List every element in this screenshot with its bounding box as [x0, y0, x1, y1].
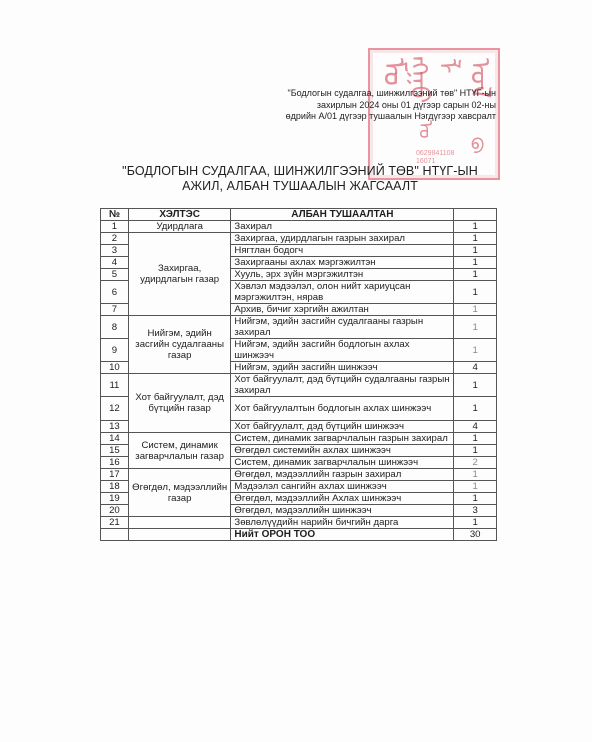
department-cell: Нийгэм, эдийн засгийн судалгааны газар	[128, 316, 231, 374]
total-label: Нийт ОРОН ТОО	[231, 529, 454, 541]
attachment-note-line: өдрийн А/01 дүгээр тушаалын Нэгдүгээр ха…	[286, 111, 496, 123]
table-row: 21 Зөвлөлүүдийн нарийн бичгийн дарга 1	[101, 517, 497, 529]
department-cell: Хот байгуулалт, дэд бүтцийн газар	[128, 374, 231, 433]
attachment-note-line: захирлын 2024 оны 01 дүгээр сарын 02-ны	[286, 100, 496, 112]
table-row: 8 Нийгэм, эдийн засгийн судалгааны газар…	[101, 316, 497, 339]
mongolian-script-icon: ᠯ	[434, 58, 460, 74]
table-total-row: Нийт ОРОН ТОО 30	[101, 529, 497, 541]
mongolian-script-icon: ᠣ	[416, 120, 436, 139]
staff-positions-table: № ХЭЛТЭС АЛБАН ТУШААЛТАН 1 Удирдлага Зах…	[100, 208, 497, 541]
document-page: ᠮᠣ ᠩᠭ᠋ᠣ ᠯ ᠤᠯ ᠣ ൭ 0629841108 16071 "Бодло…	[0, 0, 592, 742]
table-row: 1 Удирдлага Захирал 1	[101, 221, 497, 233]
header-count	[454, 209, 497, 221]
table-row: 14 Систем, динамик загварчлалын газар Си…	[101, 433, 497, 445]
attachment-note-line: "Бодлогын судалгаа, шинжилгээний төв" НТ…	[286, 88, 496, 100]
department-cell: Систем, динамик загварчлалын газар	[128, 433, 231, 469]
document-title: "БОДЛОГЫН СУДАЛГАА, ШИНЖИЛГЭЭНИЙ ТӨВ" НТ…	[100, 164, 500, 194]
department-cell: Өгөгдөл, мэдээллийн газар	[128, 469, 231, 517]
table-row: 2 Захиргаа, удирдлагын газар Захиргаа, у…	[101, 233, 497, 245]
department-cell	[128, 517, 231, 529]
table-row: 11 Хот байгуулалт, дэд бүтцийн газар Хот…	[101, 374, 497, 397]
attachment-note: "Бодлогын судалгаа, шинжилгээний төв" НТ…	[286, 88, 496, 123]
department-cell: Захиргаа, удирдлагын газар	[128, 233, 231, 316]
header-department: ХЭЛТЭС	[128, 209, 231, 221]
header-position: АЛБАН ТУШААЛТАН	[231, 209, 454, 221]
table-header-row: № ХЭЛТЭС АЛБАН ТУШААЛТАН	[101, 209, 497, 221]
department-cell: Удирдлага	[128, 221, 231, 233]
mongolian-script-icon: ൭	[470, 132, 484, 152]
total-count: 30	[454, 529, 497, 541]
header-no: №	[101, 209, 129, 221]
table-row: 17 Өгөгдөл, мэдээллийн газар Өгөгдөл, мэ…	[101, 469, 497, 481]
